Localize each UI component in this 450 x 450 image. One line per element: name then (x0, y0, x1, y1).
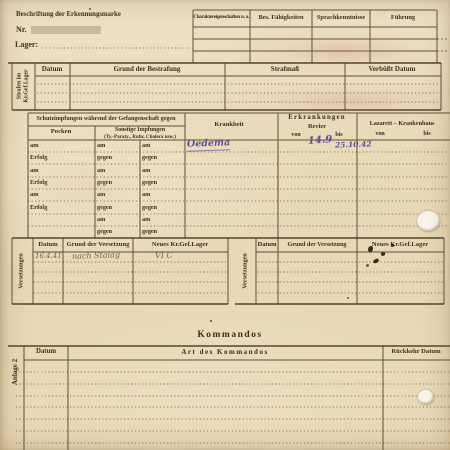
strafen-side-label-line1: Strafen im (16, 69, 23, 102)
pocken-row-label: am (30, 168, 39, 174)
sonstige-row-label: gegen (97, 229, 112, 235)
sonstige-row-label: am (97, 217, 105, 223)
punch-hole (417, 211, 440, 232)
krankheit-header: Krankheit (214, 122, 243, 129)
versetzungen-right-side-label: Versetzungen (241, 253, 248, 289)
anlage-side-label: Anlage 2 (11, 359, 19, 385)
handwritten-krankheit-entry: Oedema (187, 138, 231, 151)
sonstige-row-label: am (97, 192, 105, 198)
lazarett-von-label: von (375, 131, 384, 137)
sonstige-row-label: am (142, 143, 150, 149)
kommandos-title: Kommandos (197, 331, 262, 341)
sonstige-row-label: am (142, 192, 150, 198)
sonstige-row-label: gegen (97, 205, 112, 211)
pocken-row-label: Erfolg (30, 155, 47, 161)
erkennungsmarke-label: Beschriftung der Erkennungsmarke (16, 12, 121, 19)
sonstige-row-label: am (142, 217, 150, 223)
pocken-row-label: Erfolg (30, 180, 47, 186)
versetzungen-left-col-lager: Neues Kr.Gef.Lager (152, 242, 208, 249)
nr-label: Nr. (16, 26, 27, 34)
impfungen-title: Schutzimpfungen während der Gefangenscha… (37, 116, 176, 122)
pocken-row-label: Erfolg (30, 205, 47, 211)
pow-record-form: Beschriftung der Erkennungsmarke Nr. Lag… (0, 0, 450, 450)
handwritten-revier-bis: 25.10.42 (335, 140, 372, 149)
kommandos-col-art: Art des Kommandos (181, 349, 268, 356)
versetzungen-right-col-datum: Datum (258, 242, 277, 248)
col-header-sprachkenntnisse: Sprachkenntnisse (317, 15, 365, 21)
strafen-col-grund: Grund der Bestrafung (114, 66, 181, 73)
revier-header: Revier (308, 124, 326, 130)
lazarett-header: Lazarett – Krankenhaus (370, 121, 435, 127)
kommandos-col-rueckkehr: Rückkehr Datum (391, 349, 440, 356)
sonstige-row-label: gegen (142, 180, 157, 186)
strafen-side-label: Strafen im Kr.Gef.Lager (16, 69, 29, 102)
pencil-entry-datum: 16.4.41 (35, 253, 62, 260)
versetzungen-right-col-lager: Neues Kr.Gef.Lager (372, 242, 428, 249)
pocken-row-label: am (30, 192, 39, 198)
impfungen-col-sonstige: Sonstige Impfungen (Ty.-Paraty., Ruhr, C… (95, 127, 185, 140)
versetzungen-left-col-grund: Grund der Versetzung (67, 242, 130, 249)
col-header-fuehrung: Führung (391, 15, 415, 21)
col-header-bes-faehigkeiten: Bes. Fähigkeiten (258, 15, 303, 21)
sonstige-row-label: am (97, 143, 105, 149)
paper-speck (210, 320, 212, 322)
strafen-col-datum: Datum (42, 66, 63, 73)
paper-speck (89, 8, 91, 10)
versetzungen-left-col-datum: Datum (38, 242, 57, 249)
strafen-side-label-line2: Kr.Gef.Lager (23, 69, 30, 102)
sonstige-row-label: gegen (142, 205, 157, 211)
sonstige-row-label: am (97, 168, 105, 174)
impfungen-col-pocken: Pocken (51, 129, 72, 136)
strafen-col-verbuesst: Verbüßt Datum (369, 66, 416, 73)
sonstige-header-line1: Sonstige Impfungen (95, 127, 185, 134)
lazarett-bis-label: bis (423, 131, 430, 137)
col-header-charaktereigenschaften: Charaktereigenschaften u. a. (193, 15, 248, 20)
sonstige-row-label: gegen (97, 180, 112, 186)
revier-bis-label: bis (335, 132, 342, 138)
versetzungen-right-col-grund: Grund der Versetzung (287, 242, 346, 248)
sonstige-row-label: gegen (97, 155, 112, 161)
sonstige-row-label: am (142, 168, 150, 174)
erkrankungen-title: Erkrankungen (288, 115, 345, 122)
revier-von-label: von (291, 132, 300, 138)
ink-smudge (366, 264, 369, 267)
pencil-entry-lager: VI C (155, 251, 173, 260)
sonstige-header-line2: (Ty.-Paraty., Ruhr, Cholera usw.) (95, 134, 185, 140)
kommandos-col-datum: Datum (36, 349, 56, 356)
punch-hole (418, 390, 434, 405)
handwritten-revier-von: 14.9 (308, 135, 333, 147)
strafen-col-strafmass: Strafmaß (271, 66, 299, 73)
sonstige-row-label: gegen (142, 229, 157, 235)
sonstige-row-label: gegen (142, 155, 157, 161)
versetzungen-left-side-label: Versetzungen (17, 253, 24, 289)
paper-speck (347, 297, 349, 299)
pocken-row-label: am (30, 143, 39, 149)
pencil-entry-grund: nach Stalag (72, 251, 120, 261)
lager-label: Lager: (15, 41, 38, 49)
